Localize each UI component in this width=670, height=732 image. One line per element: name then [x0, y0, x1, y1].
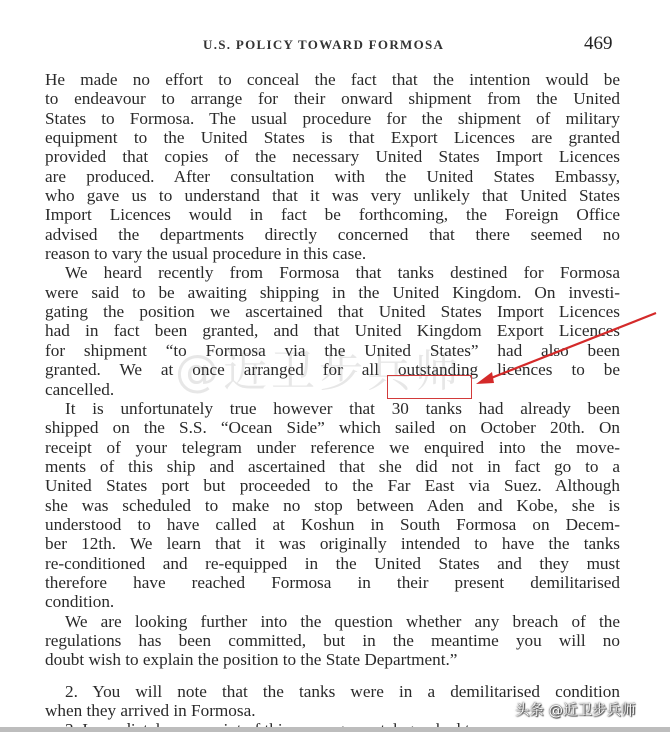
text-line: she was scheduled to make no stop betwee… [45, 496, 620, 515]
text-line: are produced. After consultation with th… [45, 167, 620, 186]
running-title: U.S. POLICY TOWARD FORMOSA [203, 37, 444, 53]
text-line: shipped on the S.S. “Ocean Side” which s… [45, 418, 620, 437]
text-line: States to Formosa. The usual procedure f… [45, 109, 620, 128]
text-line: receipt of your telegram under reference… [45, 438, 620, 457]
watermark-corner: 头条 @近卫步兵师 [515, 699, 636, 720]
page-number: 469 [584, 33, 613, 55]
text-line: doubt wish to explain the position to th… [45, 650, 620, 669]
text-line: provided that copies of the necessary Un… [45, 147, 620, 166]
paragraph-gap [45, 670, 620, 682]
text-line: He made no effort to conceal the fact th… [45, 70, 620, 89]
bottom-bar [0, 727, 670, 732]
text-line: re-conditioned and re-equipped in the Un… [45, 554, 620, 573]
body-text: He made no effort to conceal the fact th… [45, 70, 620, 732]
text-line: gating the position we ascertained that … [45, 302, 620, 321]
text-line: ments of this ship and ascertained that … [45, 457, 620, 476]
text-line: advised the departments directly concern… [45, 225, 620, 244]
text-line: therefore have reached Formosa in their … [45, 573, 620, 592]
text-line: were said to be awaiting shipping in the… [45, 283, 620, 302]
text-line: reason to vary the usual procedure in th… [45, 244, 620, 263]
document-page: U.S. POLICY TOWARD FORMOSA 469 He made n… [0, 0, 670, 732]
text-line: We are looking further into the question… [45, 612, 620, 631]
text-line: to endeavour to arrange for their onward… [45, 89, 620, 108]
text-line: who gave us to understand that it was ve… [45, 186, 620, 205]
text-line: Import Licences would in fact be forthco… [45, 205, 620, 224]
text-line: United States port but proceeded to the … [45, 476, 620, 495]
text-line: It is unfortunately true however that 30… [45, 399, 620, 418]
text-line: We heard recently from Formosa that tank… [45, 263, 620, 282]
text-line: regulations has been committed, but in t… [45, 631, 620, 650]
running-head: U.S. POLICY TOWARD FORMOSA 469 [0, 33, 670, 57]
highlight-box [387, 375, 472, 399]
text-line: equipment to the United States is that E… [45, 128, 620, 147]
text-line: understood to have called at Koshun in S… [45, 515, 620, 534]
text-line: condition. [45, 592, 620, 611]
text-line: ber 12th. We learn that it was originall… [45, 534, 620, 553]
